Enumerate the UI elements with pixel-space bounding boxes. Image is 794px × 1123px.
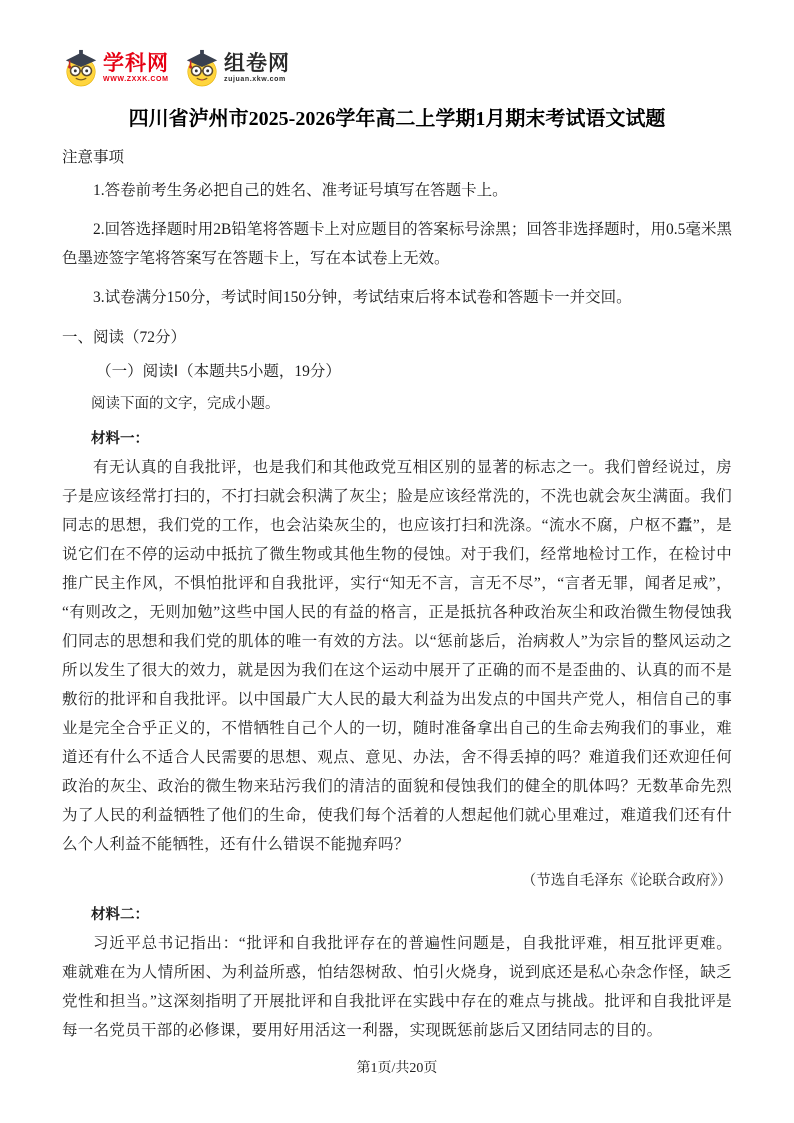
reading-instruction: 阅读下面的文字，完成小题。 bbox=[62, 392, 732, 413]
zujuan-logo: 组卷网 zujuan.xkw.com bbox=[183, 48, 290, 88]
page-number-indicator: 第1页/共20页 bbox=[62, 1047, 732, 1077]
xkw-logo: 学科网 WWW.ZXXK.COM bbox=[62, 48, 169, 88]
notice-heading: 注意事项 bbox=[62, 145, 732, 167]
material2-label: 材料二： bbox=[62, 903, 732, 924]
xkw-logo-url: WWW.ZXXK.COM bbox=[103, 76, 169, 83]
xkw-logo-text: 学科网 WWW.ZXXK.COM bbox=[103, 53, 169, 83]
notice-item-1: 1.答卷前考生务必把自己的姓名、准考证号填写在答题卡上。 bbox=[62, 176, 732, 205]
zujuan-logo-name: 组卷网 bbox=[224, 53, 290, 74]
material1-source: （节选自毛泽东《论联合政府》） bbox=[62, 869, 732, 890]
material2-text: 习近平总书记指出：“批评和自我批评存在的普遍性问题是，自我批评难，相互批评更难。… bbox=[62, 929, 732, 1045]
notice-item-2: 2.回答选择题时用2B铅笔将答题卡上对应题目的答案标号涂黑；回答非选择题时，用0… bbox=[62, 215, 732, 273]
zujuan-logo-text: 组卷网 zujuan.xkw.com bbox=[224, 53, 290, 83]
material1-text: 有无认真的自我批评，也是我们和其他政党互相区别的显著的标志之一。我们曾经说过，房… bbox=[62, 453, 732, 859]
zujuan-mascot-icon bbox=[183, 48, 221, 88]
sub-heading-reading-1: （一）阅读Ⅰ（本题共5小题，19分） bbox=[62, 359, 732, 381]
section-heading-reading: 一、阅读（72分） bbox=[62, 325, 732, 347]
notice-item-3: 3.试卷满分150分，考试时间150分钟，考试结束后将本试卷和答题卡一并交回。 bbox=[62, 283, 732, 312]
material1-label: 材料一： bbox=[62, 427, 732, 448]
exam-paper-page: 学科网 WWW.ZXXK.COM bbox=[0, 0, 794, 1123]
xkw-logo-name: 学科网 bbox=[103, 53, 169, 74]
zujuan-logo-url: zujuan.xkw.com bbox=[224, 76, 290, 83]
header-logos: 学科网 WWW.ZXXK.COM bbox=[62, 48, 732, 88]
xkw-mascot-icon bbox=[62, 48, 100, 88]
page-title: 四川省泸州市2025-2026学年高二上学期1月期末考试语文试题 bbox=[62, 102, 732, 131]
